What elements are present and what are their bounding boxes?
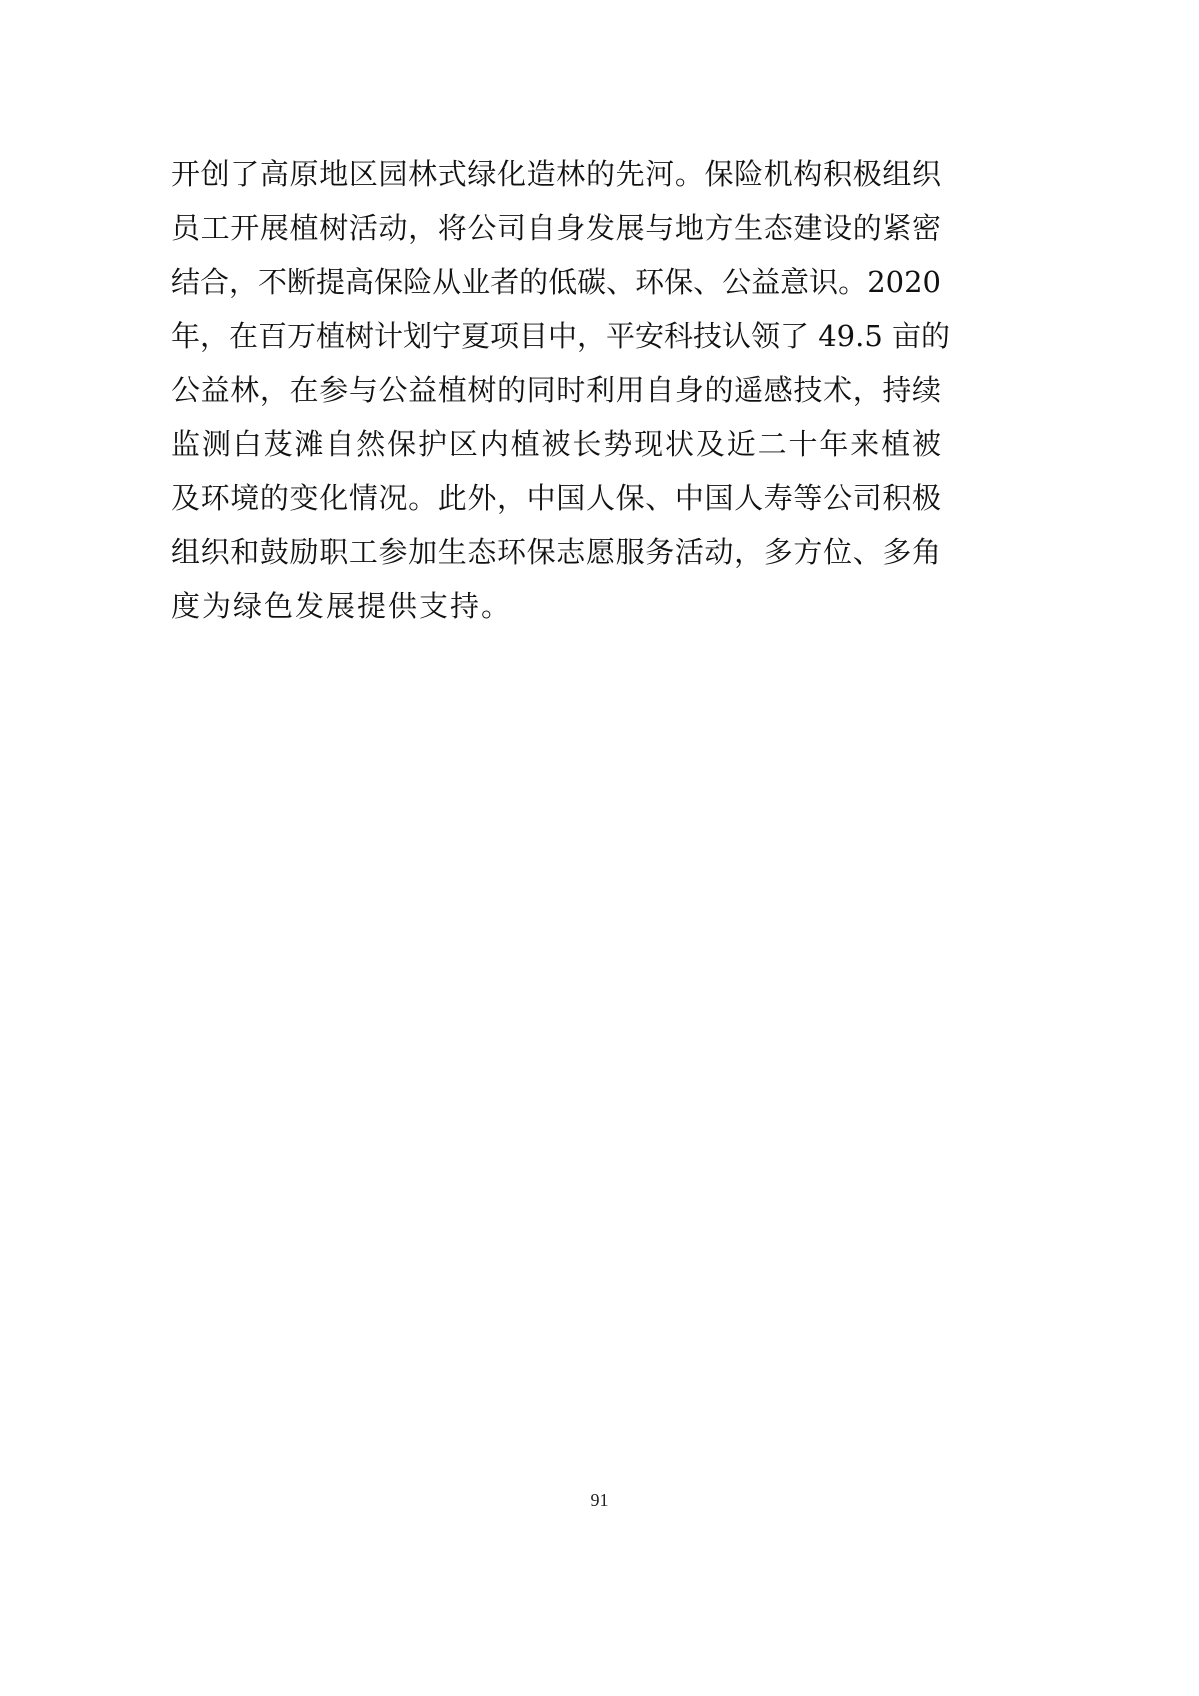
document-page: 开创了高原地区园林式绿化造林的先河。保险机构积极组织 员工开展植树活动，将公司自…: [0, 0, 1199, 1696]
paragraph-line: 度为绿色发展提供支持。: [171, 579, 941, 633]
paragraph-line: 年，在百万植树计划宁夏项目中，平安科技认领了 49.5 亩的: [171, 309, 941, 363]
paragraph-line: 组织和鼓励职工参加生态环保志愿服务活动，多方位、多角: [171, 525, 941, 579]
paragraph-line: 及环境的变化情况。此外，中国人保、中国人寿等公司积极: [171, 471, 941, 525]
page-number: 91: [0, 1490, 1199, 1511]
paragraph-line: 员工开展植树活动，将公司自身发展与地方生态建设的紧密: [171, 201, 941, 255]
paragraph-line: 开创了高原地区园林式绿化造林的先河。保险机构积极组织: [171, 147, 941, 201]
paragraph-line: 监测白芨滩自然保护区内植被长势现状及近二十年来植被: [171, 417, 941, 471]
body-paragraph: 开创了高原地区园林式绿化造林的先河。保险机构积极组织 员工开展植树活动，将公司自…: [171, 147, 941, 633]
paragraph-line: 公益林，在参与公益植树的同时利用自身的遥感技术，持续: [171, 363, 941, 417]
paragraph-line: 结合，不断提高保险从业者的低碳、环保、公益意识。2020: [171, 255, 941, 309]
